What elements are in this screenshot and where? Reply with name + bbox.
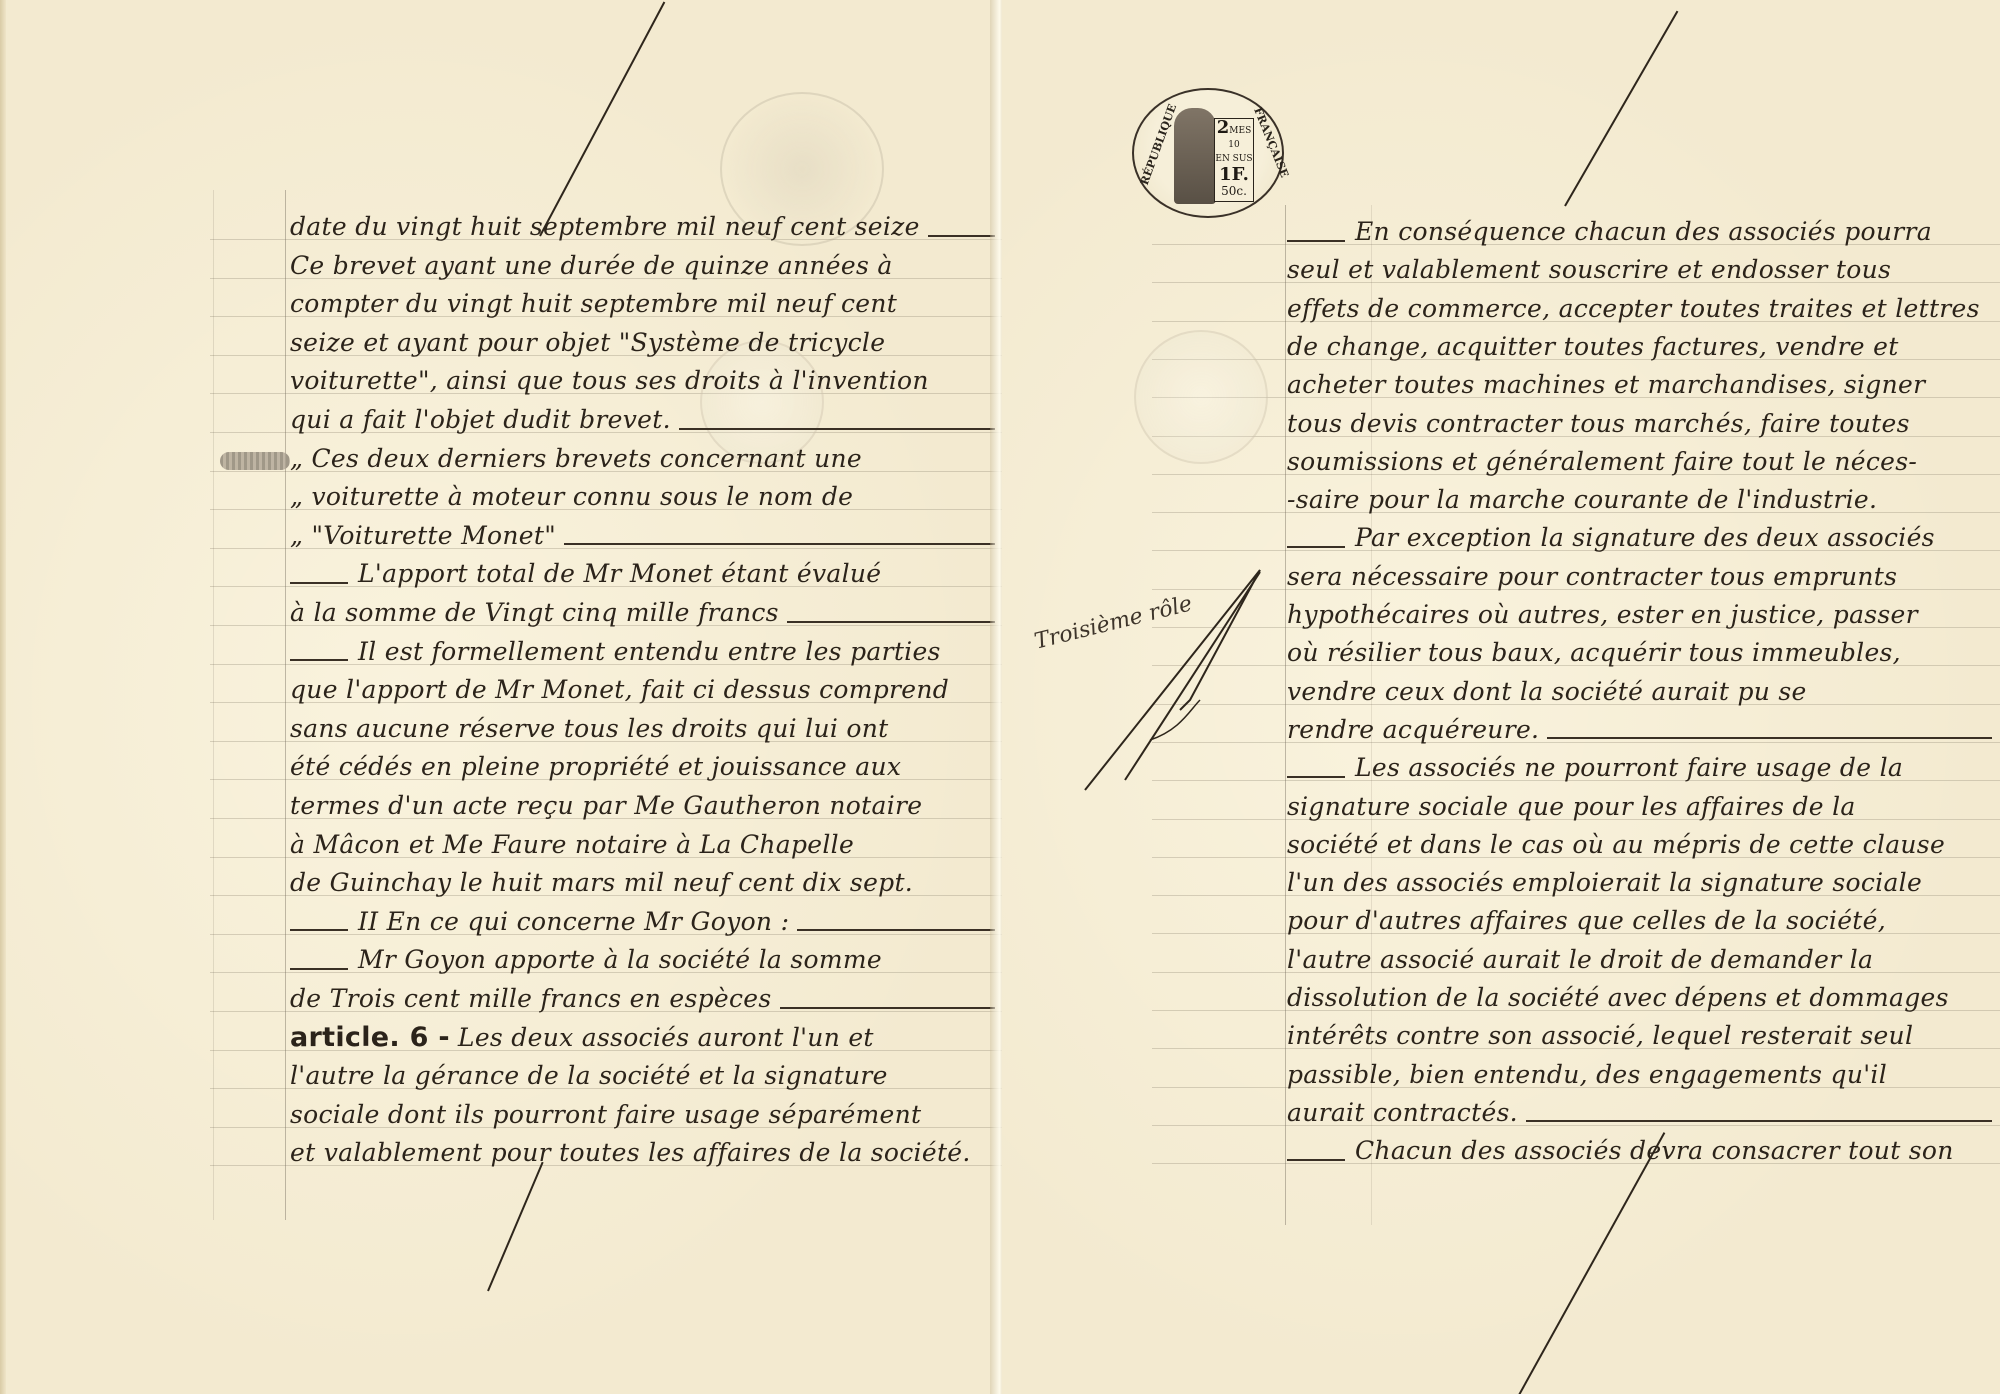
- cancel-slash: [1518, 1132, 1665, 1394]
- cancel-slash: [487, 1162, 544, 1292]
- line-text: que l'apport de Mr Monet, fait ci dessus…: [290, 675, 949, 704]
- line-text: soumissions et généralement faire tout l…: [1287, 447, 1917, 476]
- text-line: sociale dont ils pourront faire usage sé…: [290, 1100, 921, 1130]
- lead-dash: [290, 954, 348, 970]
- line-text: -saire pour la marche courante de l'indu…: [1287, 485, 1877, 514]
- line-text: Chacun des associés devra consacrer tout…: [1355, 1136, 1954, 1165]
- line-text: de Trois cent mille francs en espèces: [290, 984, 772, 1013]
- text-line: de Guinchay le huit mars mil neuf cent d…: [290, 868, 913, 898]
- fiscal-stamp: RÉPUBLIQUE FRANÇAISE 2MES 10 EN SUS 1F. …: [1132, 88, 1284, 218]
- line-text: L'apport total de Mr Monet étant évalué: [358, 559, 881, 588]
- filler-line: [1547, 723, 1992, 739]
- line-text: acheter toutes machines et marchandises,…: [1287, 370, 1925, 399]
- line-text: l'autre associé aurait le droit de deman…: [1287, 945, 1873, 974]
- text-line: société et dans le cas où au mépris de c…: [1287, 830, 1945, 860]
- text-line: intérêts contre son associé, lequel rest…: [1287, 1021, 1913, 1051]
- line-text: seul et valablement souscrire et endosse…: [1287, 255, 1891, 284]
- stamp-decime-top: 2: [1217, 117, 1230, 138]
- line-text: voiturette", ainsi que tous ses droits à…: [290, 366, 929, 395]
- line-text: aurait contractés.: [1287, 1098, 1518, 1127]
- text-line: à la somme de Vingt cinq mille francs: [290, 598, 995, 628]
- line-text: vendre ceux dont la société aurait pu se: [1287, 677, 1807, 706]
- line-text: Par exception la signature des deux asso…: [1355, 523, 1935, 552]
- line-text: signature sociale que pour les affaires …: [1287, 792, 1856, 821]
- left-outer-rule: [213, 190, 214, 1220]
- text-line: sera nécessaire pour contracter tous emp…: [1287, 562, 1897, 592]
- line-text: société et dans le cas où au mépris de c…: [1287, 830, 1945, 859]
- left-page: date du vingt huit septembre mil neuf ce…: [0, 0, 1002, 1394]
- line-text: de Guinchay le huit mars mil neuf cent d…: [290, 868, 913, 897]
- stamp-value-box: 2MES 10 EN SUS 1F. 50c.: [1214, 118, 1254, 202]
- stamp-decime-label: MES: [1229, 126, 1251, 136]
- filler-line: [928, 221, 995, 237]
- line-text: été cédés en pleine propriété et jouissa…: [290, 752, 901, 781]
- lead-dash: [290, 645, 348, 661]
- lead-dash: [1287, 1145, 1345, 1161]
- lead-dash: [290, 568, 348, 584]
- line-text: Les associés ne pourront faire usage de …: [1355, 753, 1903, 782]
- text-line: article. 6 -Les deux associés auront l'u…: [290, 1023, 874, 1053]
- text-line: L'apport total de Mr Monet étant évalué: [290, 559, 881, 589]
- margin-rule: [285, 190, 286, 1220]
- line-text: En conséquence chacun des associés pourr…: [1355, 217, 1932, 246]
- line-text: Ce brevet ayant une durée de quinze anné…: [290, 251, 893, 280]
- filler-line: [564, 529, 995, 545]
- text-line: II En ce qui concerne Mr Goyon :: [290, 907, 995, 937]
- line-text: Les deux associés auront l'un et: [458, 1023, 874, 1052]
- text-line: „ Ces deux derniers brevets concernant u…: [290, 444, 862, 474]
- text-line: que l'apport de Mr Monet, fait ci dessus…: [290, 675, 949, 705]
- line-text: intérêts contre son associé, lequel rest…: [1287, 1021, 1913, 1050]
- line-text: tous devis contracter tous marchés, fair…: [1287, 409, 1910, 438]
- line-text: II En ce qui concerne Mr Goyon :: [358, 907, 789, 936]
- page-edge: [0, 0, 6, 1394]
- line-text: termes d'un acte reçu par Me Gautheron n…: [290, 791, 922, 820]
- stamp-value-cents: 50c.: [1215, 184, 1253, 198]
- lead-dash: [1287, 762, 1345, 778]
- lead-dash: [1287, 226, 1345, 242]
- stamp-decime-bottom: 10: [1215, 138, 1253, 152]
- line-text: hypothécaires où autres, ester en justic…: [1287, 600, 1918, 629]
- text-line: pour d'autres affaires que celles de la …: [1287, 906, 1886, 936]
- text-line: qui a fait l'objet dudit brevet.: [290, 405, 995, 435]
- line-text: rendre acquéreure.: [1287, 715, 1539, 744]
- line-text: et valablement pour toutes les affaires …: [290, 1138, 971, 1167]
- text-line: vendre ceux dont la société aurait pu se: [1287, 677, 1807, 707]
- line-text: date du vingt huit septembre mil neuf ce…: [290, 212, 920, 241]
- text-line: l'autre la gérance de la société et la s…: [290, 1061, 888, 1091]
- text-line: -saire pour la marche courante de l'indu…: [1287, 485, 1877, 515]
- line-text: effets de commerce, accepter toutes trai…: [1287, 294, 1980, 323]
- text-line: sans aucune réserve tous les droits qui …: [290, 714, 889, 744]
- text-line: l'autre associé aurait le droit de deman…: [1287, 945, 1873, 975]
- filler-line: [780, 993, 995, 1009]
- line-text: où résilier tous baux, acquérir tous imm…: [1287, 638, 1901, 667]
- text-line: Ce brevet ayant une durée de quinze anné…: [290, 251, 893, 281]
- line-text: sans aucune réserve tous les droits qui …: [290, 714, 889, 743]
- text-line: En conséquence chacun des associés pourr…: [1287, 217, 1932, 247]
- line-text: „ Ces deux derniers brevets concernant u…: [290, 444, 862, 473]
- text-line: de change, acquitter toutes factures, ve…: [1287, 332, 1899, 362]
- line-text: de change, acquitter toutes factures, ve…: [1287, 332, 1899, 361]
- line-text: qui a fait l'objet dudit brevet.: [290, 405, 671, 434]
- text-line: dissolution de la société avec dépens et…: [1287, 983, 1949, 1013]
- text-line: hypothécaires où autres, ester en justic…: [1287, 600, 1918, 630]
- article-heading: article. 6 -: [290, 1022, 450, 1053]
- text-line: soumissions et généralement faire tout l…: [1287, 447, 1917, 477]
- text-line: passible, bien entendu, des engagements …: [1287, 1060, 1887, 1090]
- cancel-slash: [1564, 11, 1678, 207]
- lead-dash: [290, 915, 348, 931]
- text-line: aurait contractés.: [1287, 1098, 1992, 1128]
- filler-line: [787, 607, 995, 623]
- filler-line: [797, 915, 995, 931]
- text-line: voiturette", ainsi que tous ses droits à…: [290, 366, 929, 396]
- paraph-signature-icon: [1080, 560, 1280, 800]
- text-line: compter du vingt huit septembre mil neuf…: [290, 289, 897, 319]
- ink-smudge: [220, 452, 290, 470]
- text-line: à Mâcon et Me Faure notaire à La Chapell…: [290, 830, 854, 860]
- stamp-value-francs: 1F.: [1215, 166, 1253, 184]
- cancel-slash: [539, 2, 665, 237]
- line-text: compter du vingt huit septembre mil neuf…: [290, 289, 897, 318]
- line-text: à Mâcon et Me Faure notaire à La Chapell…: [290, 830, 854, 859]
- line-text: sera nécessaire pour contracter tous emp…: [1287, 562, 1897, 591]
- text-line: signature sociale que pour les affaires …: [1287, 792, 1856, 822]
- line-text: l'un des associés emploierait la signatu…: [1287, 868, 1922, 897]
- margin-rule: [1285, 205, 1286, 1225]
- embossed-seal: [1134, 330, 1268, 464]
- text-line: „ "Voiturette Monet": [290, 521, 995, 551]
- line-text: dissolution de la société avec dépens et…: [1287, 983, 1949, 1012]
- filler-line: [1526, 1106, 1992, 1122]
- document-spread: date du vingt huit septembre mil neuf ce…: [0, 0, 2000, 1394]
- text-line: „ voiturette à moteur connu sous le nom …: [290, 482, 853, 512]
- text-line: rendre acquéreure.: [1287, 715, 1992, 745]
- line-text: Il est formellement entendu entre les pa…: [358, 637, 941, 666]
- text-line: Les associés ne pourront faire usage de …: [1287, 753, 1903, 783]
- filler-line: [679, 414, 995, 430]
- text-line: seize et ayant pour objet "Système de tr…: [290, 328, 885, 358]
- text-line: Par exception la signature des deux asso…: [1287, 523, 1935, 553]
- line-text: „ "Voiturette Monet": [290, 521, 556, 550]
- text-line: date du vingt huit septembre mil neuf ce…: [290, 212, 995, 242]
- line-text: à la somme de Vingt cinq mille francs: [290, 598, 779, 627]
- lead-dash: [1287, 532, 1345, 548]
- marianne-figure-icon: [1174, 108, 1216, 204]
- line-text: Mr Goyon apporte à la société la somme: [358, 945, 882, 974]
- text-line: effets de commerce, accepter toutes trai…: [1287, 294, 1980, 324]
- line-text: l'autre la gérance de la société et la s…: [290, 1061, 888, 1090]
- text-line: acheter toutes machines et marchandises,…: [1287, 370, 1925, 400]
- text-line: seul et valablement souscrire et endosse…: [1287, 255, 1891, 285]
- text-line: Il est formellement entendu entre les pa…: [290, 637, 941, 667]
- line-text: sociale dont ils pourront faire usage sé…: [290, 1100, 921, 1129]
- line-text: seize et ayant pour objet "Système de tr…: [290, 328, 885, 357]
- text-line: Chacun des associés devra consacrer tout…: [1287, 1136, 1954, 1166]
- text-line: l'un des associés emploierait la signatu…: [1287, 868, 1922, 898]
- line-text: pour d'autres affaires que celles de la …: [1287, 906, 1886, 935]
- text-line: et valablement pour toutes les affaires …: [290, 1138, 971, 1168]
- line-text: „ voiturette à moteur connu sous le nom …: [290, 482, 853, 511]
- text-line: où résilier tous baux, acquérir tous imm…: [1287, 638, 1901, 668]
- text-line: Mr Goyon apporte à la société la somme: [290, 945, 882, 975]
- text-line: été cédés en pleine propriété et jouissa…: [290, 752, 901, 782]
- text-line: tous devis contracter tous marchés, fair…: [1287, 409, 1910, 439]
- text-line: de Trois cent mille francs en espèces: [290, 984, 995, 1014]
- line-text: passible, bien entendu, des engagements …: [1287, 1060, 1887, 1089]
- text-line: termes d'un acte reçu par Me Gautheron n…: [290, 791, 922, 821]
